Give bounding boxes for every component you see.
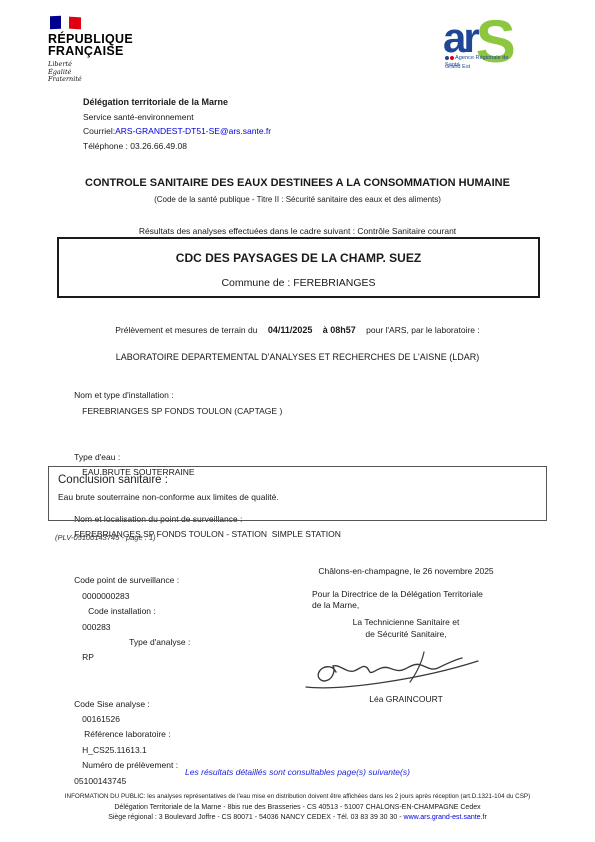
place-date-line: Châlons-en-champagne, le 26 novembre 202…: [280, 566, 532, 576]
code-sise-label: Code Sise analyse :: [74, 699, 150, 709]
ars-logo-region: Grand Est: [445, 64, 470, 70]
contact-block: Délégation territoriale de la Marne Serv…: [83, 95, 271, 153]
footer-website-link[interactable]: www.ars.grand-est.sante.fr: [404, 814, 487, 821]
network-box: CDC DES PAYSAGES DE LA CHAMP. SUEZ Commu…: [57, 237, 540, 298]
analysis-type-value: RP: [82, 652, 94, 662]
sampling-suffix: pour l'ARS, par le laboratoire :: [366, 325, 480, 335]
sampling-line: Prélèvement et mesures de terrain du 04/…: [0, 325, 595, 335]
num-prelevement-value: 05100143745: [74, 776, 126, 786]
installation-label: Nom et type d'installation :: [74, 390, 173, 400]
ars-dots-icon: [445, 55, 455, 62]
analysis-type-label: Type d'analyse :: [129, 637, 190, 647]
sampling-time: à 08h57: [323, 325, 356, 335]
conclusion-text: Eau brute souterraine non-conforme aux l…: [58, 492, 537, 502]
laboratory-line: LABORATOIRE DEPARTEMENTAL D'ANALYSES ET …: [0, 352, 595, 362]
courriel-label: Courriel:: [83, 126, 115, 136]
document-subtitle: (Code de la santé publique - Titre II : …: [0, 195, 595, 204]
detailed-results-note: Les résultats détaillés sont consultable…: [0, 767, 595, 777]
signatory-role: La Technicienne Sanitaire et de Sécurité…: [280, 616, 532, 640]
sampling-prefix: Prélèvement et mesures de terrain du: [115, 325, 257, 335]
document-page: RÉPUBLIQUE FRANÇAISE Liberté Égalité Fra…: [0, 0, 595, 842]
conclusion-title: Conclusion sanitaire :: [58, 474, 537, 486]
conclusion-box: Conclusion sanitaire : Eau brute souterr…: [48, 466, 547, 521]
republique-motto: Liberté Égalité Fraternité: [48, 61, 168, 84]
handwritten-signature-image: [302, 642, 487, 694]
installation-row: Nom et type d'installation : FEREBRIANGE…: [60, 373, 542, 435]
signing-authority: Pour la Directrice de la Délégation Terr…: [280, 589, 532, 611]
water-type-label: Type d'eau :: [74, 452, 120, 462]
courriel-link[interactable]: ARS-GRANDEST-DT51-SE@ars.sante.fr: [115, 126, 271, 136]
network-commune: Commune de : FEREBRIANGES: [59, 277, 538, 289]
footer-public-info: INFORMATION DU PUBLIC: les analyses repr…: [0, 793, 595, 800]
signatory-name: Léa GRAINCOURT: [280, 694, 532, 704]
delegation-title: Délégation territoriale de la Marne: [83, 95, 271, 110]
code-installation-value: 000283: [82, 622, 110, 632]
motto-fraternite: Fraternité: [48, 76, 168, 84]
ref-lab-value: H_CS25.11613.1: [82, 745, 147, 755]
document-title: CONTROLE SANITAIRE DES EAUX DESTINEES A …: [0, 177, 595, 189]
footer-address-line2: Siège régional : 3 Boulevard Joffre - CS…: [0, 814, 595, 821]
footer-address-line1: Délégation Territoriale de la Marne - 8b…: [0, 804, 595, 811]
courriel-line: Courriel:ARS-GRANDEST-DT51-SE@ars.sante.…: [83, 124, 271, 139]
french-flag-icon: [50, 16, 82, 30]
service-line: Service santé-environnement: [83, 110, 271, 125]
installation-value: FEREBRIANGES SP FONDS TOULON (CAPTAGE ): [82, 406, 282, 416]
republique-francaise-logo: RÉPUBLIQUE FRANÇAISE Liberté Égalité Fra…: [48, 16, 168, 84]
sampling-date: 04/11/2025: [268, 325, 313, 335]
ref-lab-label: Référence laboratoire :: [84, 729, 170, 739]
code-sise-value: 00161526: [82, 714, 120, 724]
context-line: Résultats des analyses effectuées dans l…: [0, 226, 595, 236]
code-installation-label: Code installation :: [88, 606, 156, 616]
footer-address-prefix: Siège régional : 3 Boulevard Joffre - CS…: [108, 814, 403, 821]
telephone-line: Téléphone : 03.26.66.49.08: [83, 139, 271, 154]
signature-block: Châlons-en-champagne, le 26 novembre 202…: [280, 566, 532, 704]
republique-line2: FRANÇAISE: [48, 45, 168, 57]
page-reference: (PLV-05100143745 - page : 1): [55, 533, 156, 542]
ars-logo-ar: ar: [443, 14, 477, 61]
ars-logo: arS Agence Régionale de Santé Grand Est: [443, 12, 563, 72]
code-point-label: Code point de surveillance :: [74, 575, 179, 585]
network-title: CDC DES PAYSAGES DE LA CHAMP. SUEZ: [59, 251, 538, 265]
code-point-value: 0000000283: [82, 591, 129, 601]
